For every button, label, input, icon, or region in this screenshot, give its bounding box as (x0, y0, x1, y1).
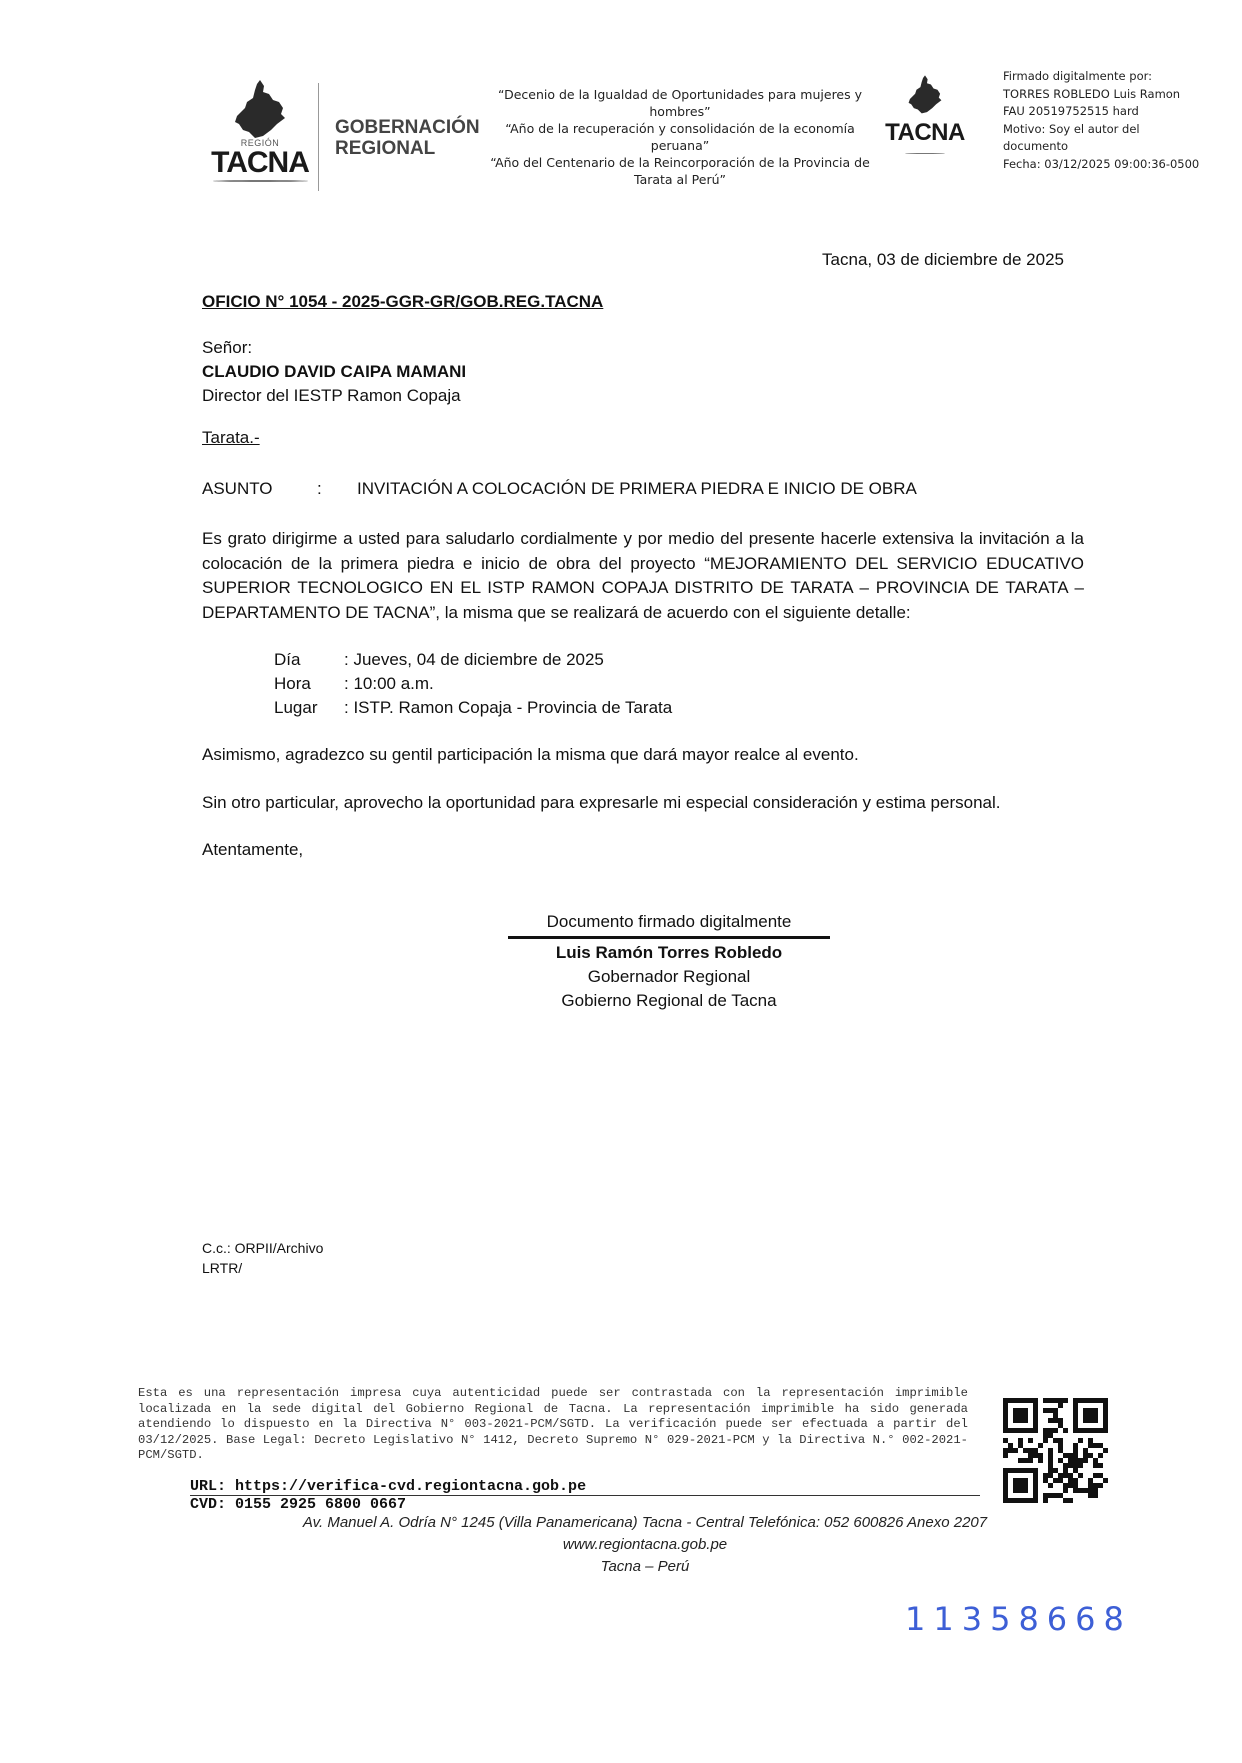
signer-position: Gobernador Regional (508, 965, 830, 989)
signature-line: TORRES ROBLEDO Luis Ramon (1003, 86, 1199, 104)
tacna-map-icon (903, 74, 947, 116)
closing: Atentamente, (202, 840, 303, 860)
tacna-map-icon (227, 78, 293, 142)
year-mottos: “Decenio de la Igualdad de Oportunidades… (490, 86, 870, 188)
signature-line: documento (1003, 138, 1199, 156)
signature-block: Documento firmado digitalmente Luis Ramó… (508, 910, 830, 1013)
carbon-copy: C.c.: ORPII/Archivo LRTR/ (202, 1238, 323, 1278)
verification-url[interactable]: URL: https://verifica-cvd.regiontacna.go… (190, 1478, 586, 1495)
detail-label: Día (274, 648, 344, 672)
signature-line (508, 936, 830, 939)
qr-code-icon[interactable] (1003, 1398, 1108, 1503)
signer-entity: Gobierno Regional de Tacna (508, 989, 830, 1013)
digital-signature-block: Firmado digitalmente por: TORRES ROBLEDO… (1003, 68, 1199, 173)
small-logo-tacna-label: TACNA (880, 121, 970, 145)
gob-title-line1: GOBERNACIÓN (335, 117, 480, 138)
header-divider (318, 83, 319, 191)
signature-caption: Documento firmado digitalmente (508, 910, 830, 934)
gobernacion-regional-title: GOBERNACIÓN REGIONAL (335, 117, 480, 159)
invitation-paragraph: Es grato dirigirme a usted para saludarl… (202, 527, 1084, 625)
footer-address: Av. Manuel A. Odría N° 1245 (Villa Panam… (275, 1512, 1015, 1534)
subject-separator: : (317, 479, 357, 499)
footer-address-block: Av. Manuel A. Odría N° 1245 (Villa Panam… (275, 1512, 1015, 1578)
gob-title-line2: REGIONAL (335, 138, 480, 159)
thanks-paragraph: Asimismo, agradezco su gentil participac… (202, 743, 1084, 768)
logo-swoosh (213, 180, 308, 182)
detail-value: : 10:00 a.m. (344, 674, 434, 693)
detail-row-place: Lugar: ISTP. Ramon Copaja - Provincia de… (274, 696, 672, 720)
signer-name: Luis Ramón Torres Robledo (508, 941, 830, 965)
document-stamp-number: 11358668 (905, 1600, 1132, 1638)
footer-website[interactable]: www.regiontacna.gob.pe (275, 1534, 1015, 1556)
cvd-code: CVD: 0155 2925 6800 0667 (190, 1496, 406, 1513)
signature-line: Firmado digitalmente por: (1003, 68, 1199, 86)
subject-line: ASUNTO:INVITACIÓN A COLOCACIÓN DE PRIMER… (202, 479, 917, 499)
detail-value: : Jueves, 04 de diciembre de 2025 (344, 650, 604, 669)
detail-row-day: Día: Jueves, 04 de diciembre de 2025 (274, 648, 672, 672)
motto: “Año del Centenario de la Reincorporació… (490, 154, 870, 188)
place-date: Tacna, 03 de diciembre de 2025 (822, 250, 1064, 270)
recipient-name: CLAUDIO DAVID CAIPA MAMANI (202, 360, 466, 384)
footer-city: Tacna – Perú (275, 1556, 1015, 1578)
logo-tacna-label: TACNA (205, 148, 315, 178)
salutation: Señor: (202, 336, 466, 360)
motto: “Año de la recuperación y consolidación … (490, 120, 870, 154)
event-details: Día: Jueves, 04 de diciembre de 2025 Hor… (274, 648, 672, 720)
logo-swoosh (905, 153, 945, 154)
detail-row-time: Hora: 10:00 a.m. (274, 672, 672, 696)
regards-paragraph: Sin otro particular, aprovecho la oportu… (202, 791, 1084, 816)
detail-label: Hora (274, 672, 344, 696)
detail-value: : ISTP. Ramon Copaja - Provincia de Tara… (344, 698, 672, 717)
cc-initials: LRTR/ (202, 1258, 323, 1278)
recipient-block: Señor: CLAUDIO DAVID CAIPA MAMANI Direct… (202, 336, 466, 408)
oficio-number: OFICIO N° 1054 - 2025-GGR-GR/GOB.REG.TAC… (202, 292, 603, 312)
signature-line: Fecha: 03/12/2025 09:00:36-0500 (1003, 156, 1199, 174)
authenticity-notice: Esta es una representación impresa cuya … (138, 1386, 968, 1464)
recipient-title: Director del IESTP Ramon Copaja (202, 384, 466, 408)
subject-text: INVITACIÓN A COLOCACIÓN DE PRIMERA PIEDR… (357, 479, 917, 499)
motto: “Decenio de la Igualdad de Oportunidades… (490, 86, 870, 120)
detail-label: Lugar (274, 696, 344, 720)
signature-line: FAU 20519752515 hard (1003, 103, 1199, 121)
cc-line: C.c.: ORPII/Archivo (202, 1238, 323, 1258)
signature-tacna-logo: TACNA (880, 74, 970, 154)
recipient-location: Tarata.- (202, 428, 260, 448)
subject-label: ASUNTO (202, 479, 317, 499)
region-tacna-logo: REGIÓN TACNA (205, 78, 315, 198)
signature-line: Motivo: Soy el autor del (1003, 121, 1199, 139)
